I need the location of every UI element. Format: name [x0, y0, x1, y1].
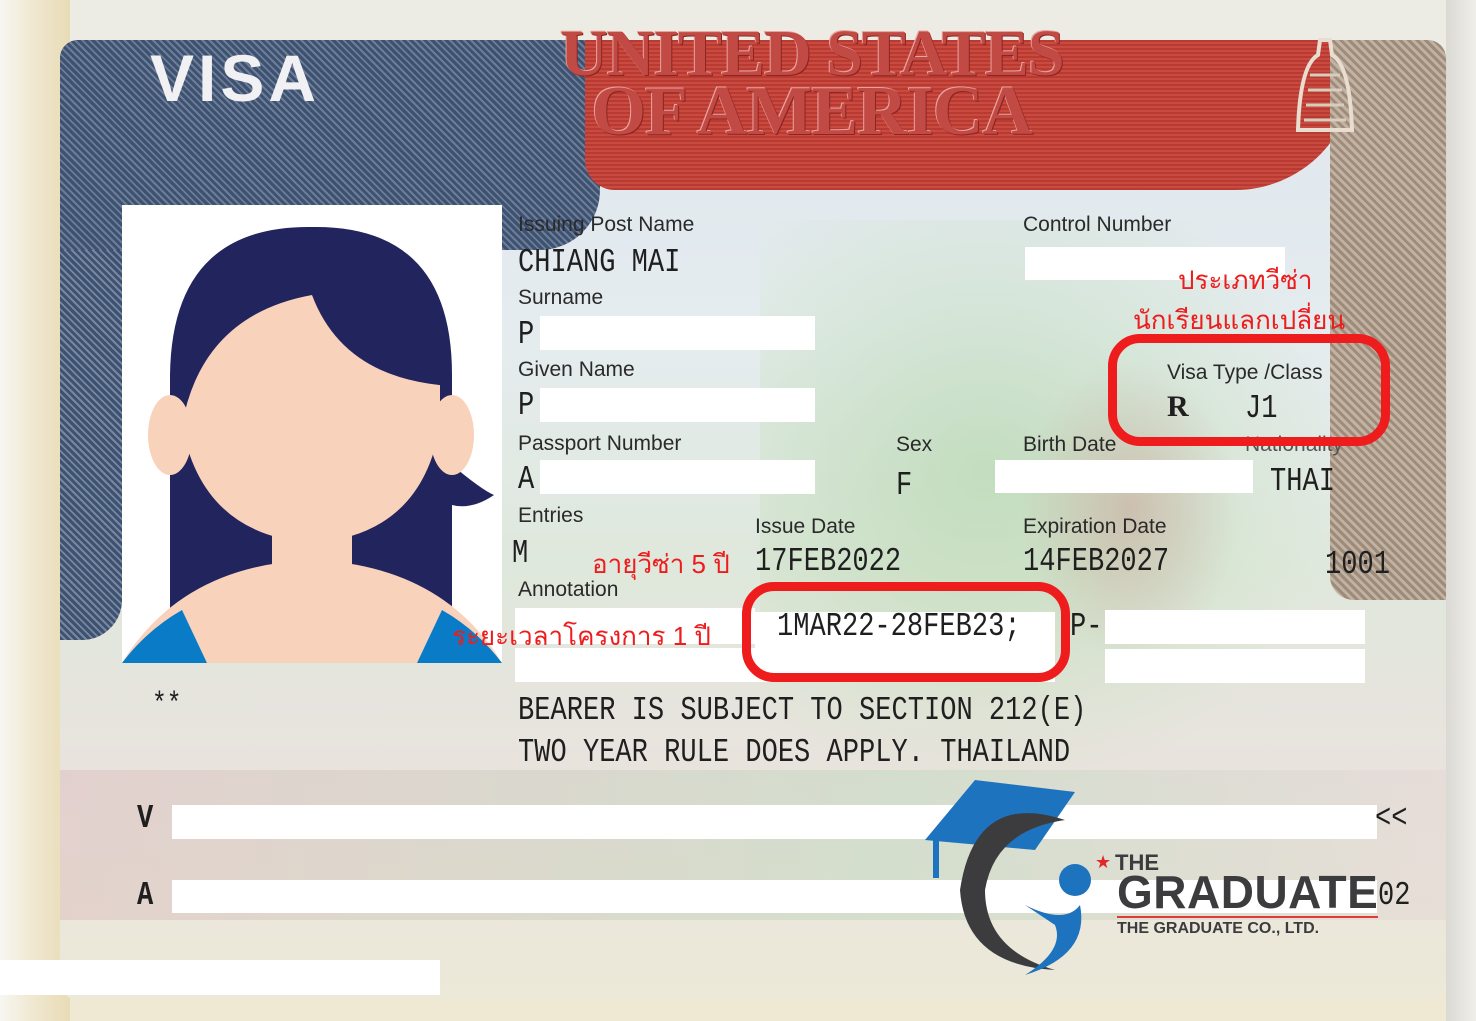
entries-value: M [512, 535, 528, 572]
remark-line-1: BEARER IS SUBJECT TO SECTION 212(E) [518, 692, 1086, 729]
remark-line-2: TWO YEAR RULE DOES APPLY. THAILAND [518, 734, 1070, 771]
issuing-post-value: CHIANG MAI [518, 244, 680, 281]
passport-number-label: Passport Number [518, 432, 681, 456]
expiration-date-label: Expiration Date [1023, 515, 1167, 539]
annotation-redaction-right-2 [1105, 649, 1365, 683]
surname-label: Surname [518, 286, 603, 310]
passport-number-redaction [540, 460, 815, 494]
bottom-redaction [0, 960, 440, 995]
given-name-label: Given Name [518, 358, 635, 382]
program-duration-note: ระยะเวลาโครงการ 1 ปี [452, 616, 711, 657]
passport-number-value: A [518, 461, 534, 498]
mrz-line-2-start: A [137, 877, 153, 914]
logo-company: THE GRADUATE CO., LTD. [1117, 920, 1319, 938]
issue-date-label: Issue Date [755, 515, 855, 539]
logo-name: GRADUATE [1117, 868, 1378, 918]
avatar-illustration [122, 205, 502, 663]
liberty-bell-icon [1290, 35, 1360, 145]
mrz-line-1-start: V [137, 800, 153, 837]
surname-redaction [540, 316, 815, 350]
validity-note: อายุวีซ่า 5 ปี [592, 544, 730, 585]
page-right-edge [1446, 0, 1476, 1021]
annotation-highlight [742, 582, 1070, 682]
mrz-line-1-end: << [1375, 800, 1407, 837]
visa-heading: VISA [150, 40, 320, 116]
visa-type-highlight [1108, 334, 1390, 446]
annotation-redaction-right [1105, 610, 1365, 644]
usa-heading: UNITED STATES OF AMERICA [560, 25, 1064, 141]
mrz-line-2-end: 02 [1378, 877, 1410, 914]
given-name-value: P [518, 387, 534, 424]
graduate-cap-icon [915, 780, 1115, 980]
asterisks: ** [152, 688, 182, 722]
the-graduate-logo: ★ THE GRADUATE THE GRADUATE CO., LTD. [915, 780, 1375, 980]
sex-value: F [896, 467, 912, 504]
annotation-suffix: P- [1070, 608, 1102, 645]
surname-value: P [518, 316, 534, 353]
given-name-redaction [540, 388, 815, 422]
birth-date-redaction [995, 460, 1253, 493]
issue-date-value: 17FEB2022 [755, 543, 901, 580]
control-number-label: Control Number [1023, 213, 1171, 237]
birth-date-label: Birth Date [1023, 433, 1116, 457]
entries-label: Entries [518, 504, 583, 528]
expiration-date-value: 14FEB2027 [1023, 543, 1169, 580]
visa-type-note-line1: ประเภทวีซ่า [1178, 260, 1312, 301]
sex-label: Sex [896, 433, 932, 457]
nationality-value: THAI [1270, 463, 1335, 500]
annotation-code: 1001 [1325, 546, 1390, 583]
applicant-photo-placeholder [122, 205, 502, 663]
star-icon: ★ [1095, 852, 1111, 873]
issuing-post-label: Issuing Post Name [518, 213, 694, 237]
